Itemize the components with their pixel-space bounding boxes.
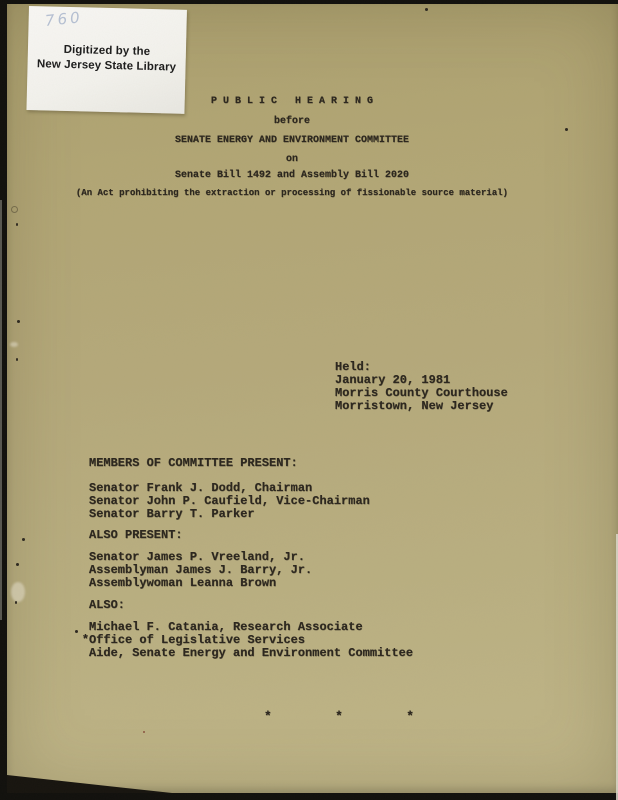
title-before: before: [12, 116, 572, 127]
member-line: Senator Barry T. Parker: [89, 508, 370, 521]
paper-smudge: [11, 582, 25, 602]
document-page: 760 Digitized by the New Jersey State Li…: [7, 4, 618, 793]
also-list: Michael F. Catania, Research Associate *…: [89, 621, 413, 660]
also-heading: ALSO:: [89, 599, 125, 612]
paper-speck: [11, 206, 18, 213]
also-present-heading: ALSO PRESENT:: [89, 529, 183, 542]
also-present-list: Senator James P. Vreeland, Jr. Assemblym…: [89, 551, 312, 590]
asterisk: *: [264, 709, 272, 724]
paper-speck: [75, 630, 78, 633]
paper-speck: [565, 128, 568, 131]
held-city: Morristown, New Jersey: [335, 400, 508, 413]
paper-speck: [425, 8, 428, 11]
paper-speck: [16, 563, 19, 566]
document-title: P U B L I C H E A R I N G: [12, 96, 572, 107]
bill-numbers: Senate Bill 1492 and Assembly Bill 2020: [12, 170, 572, 181]
label-line-2: New Jersey State Library: [27, 57, 185, 76]
title-on: on: [12, 154, 572, 165]
paper-speck: [16, 358, 18, 361]
act-description: (An Act prohibiting the extraction or pr…: [12, 188, 572, 198]
paper-speck: [17, 320, 20, 323]
held-block: Held: January 20, 1981 Morris County Cou…: [335, 361, 508, 413]
also-present-line: Assemblywoman Leanna Brown: [89, 577, 312, 590]
paper-speck: [15, 601, 17, 604]
asterisk-separator: * * *: [264, 709, 414, 724]
scan-corner-shadow: [7, 775, 172, 793]
also-line: Aide, Senate Energy and Environment Comm…: [89, 647, 413, 660]
paper-smudge: [10, 342, 18, 347]
paper-speck: [16, 223, 18, 226]
scanned-document-stage: 760 Digitized by the New Jersey State Li…: [0, 0, 618, 800]
members-present-list: Senator Frank J. Dodd, Chairman Senator …: [89, 482, 370, 521]
paper-speck: [143, 731, 145, 733]
committee-name: SENATE ENERGY AND ENVIRONMENT COMMITTEE: [12, 135, 572, 146]
scanner-edge-highlight: [0, 200, 2, 620]
paper-speck: [22, 538, 25, 541]
asterisk: *: [335, 709, 343, 724]
asterisk: *: [406, 709, 414, 724]
members-present-heading: MEMBERS OF COMMITTEE PRESENT:: [89, 457, 298, 470]
